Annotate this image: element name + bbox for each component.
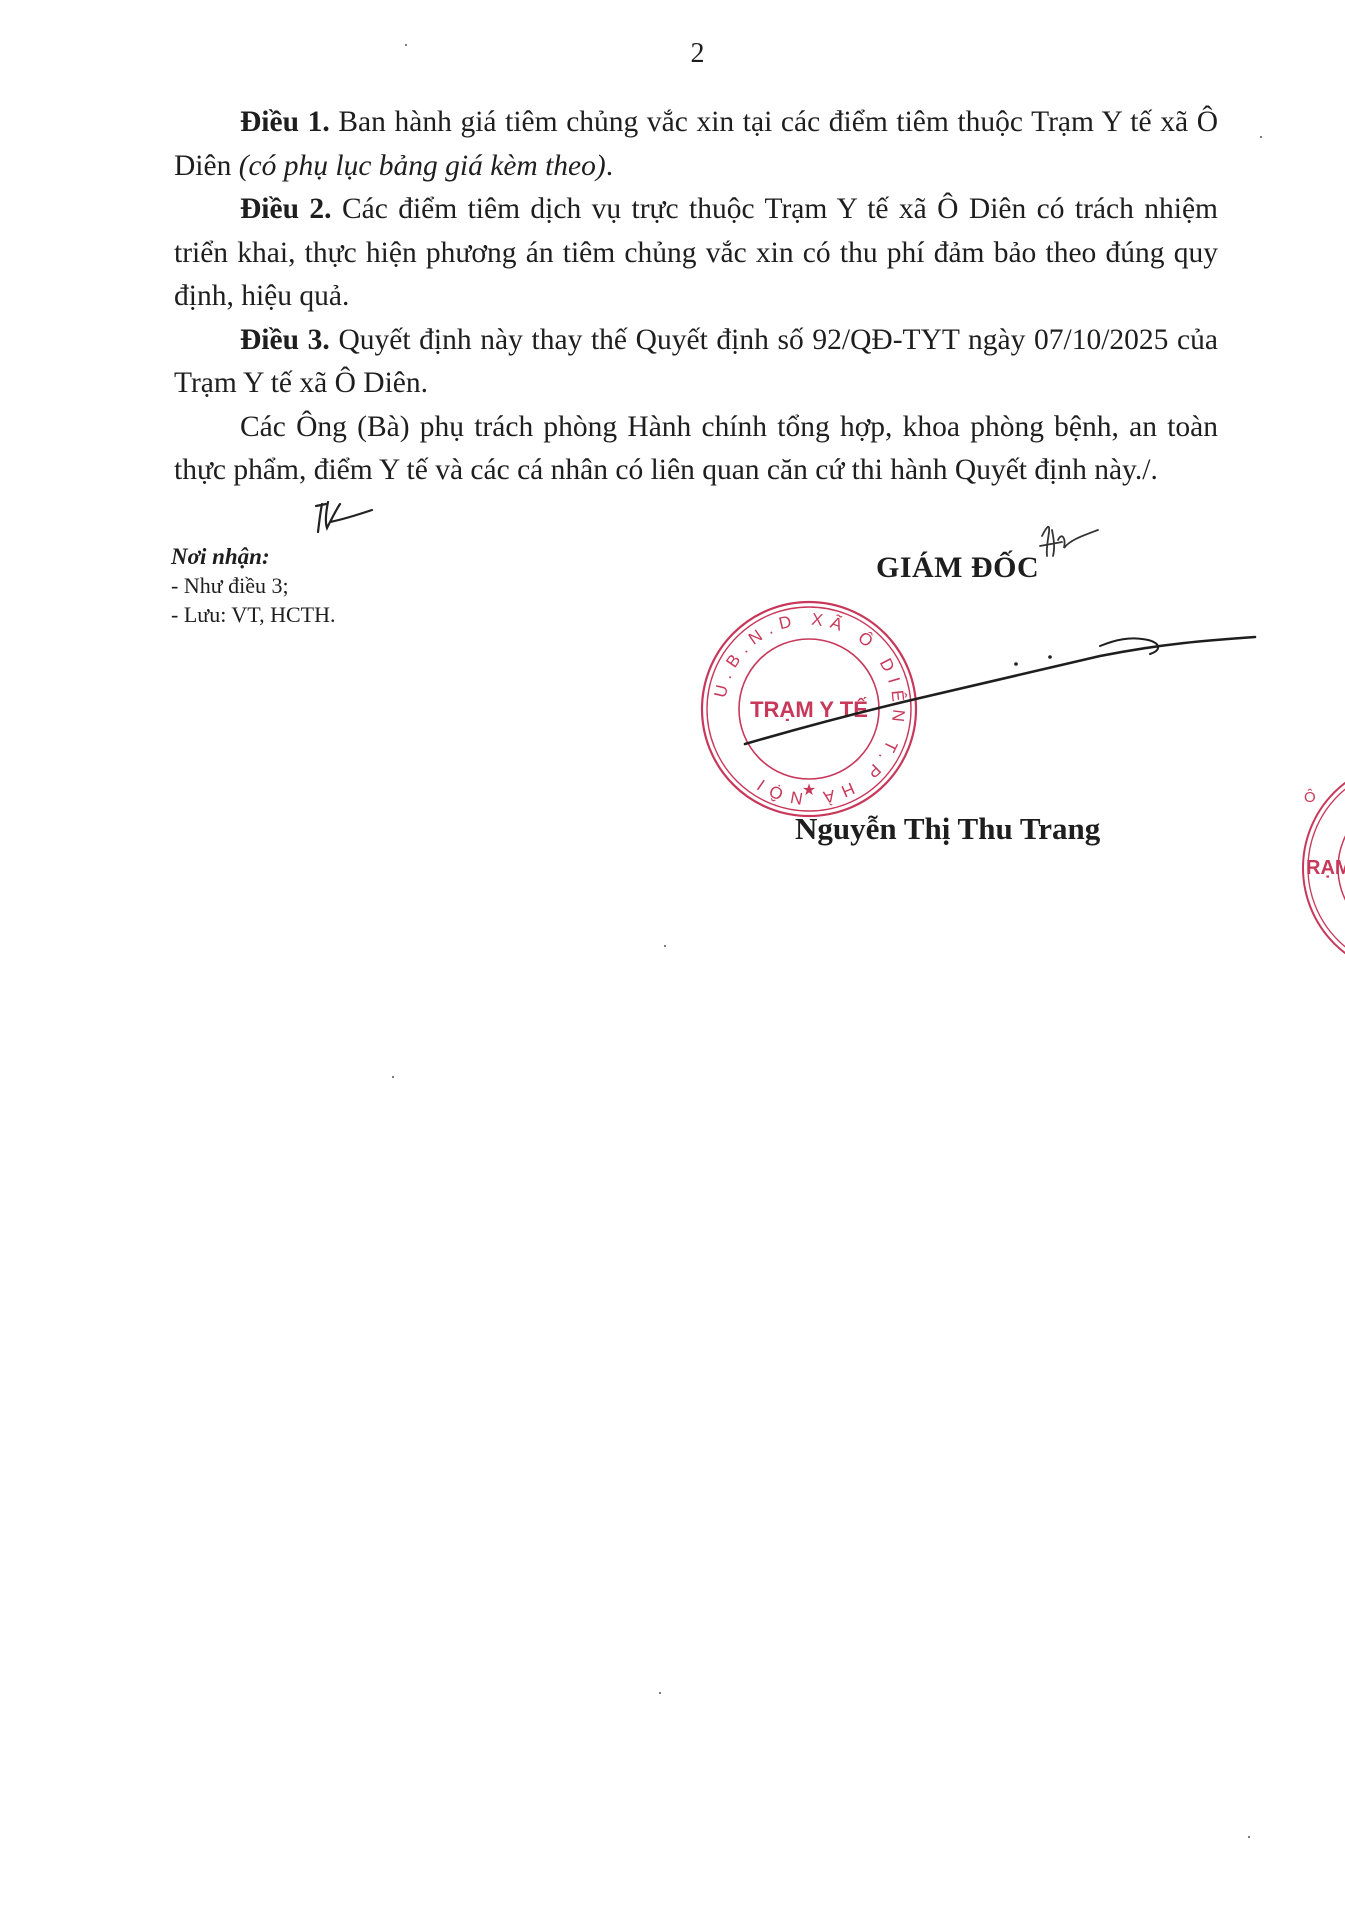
- article-2-text: Các điểm tiêm dịch vụ trực thuộc Trạm Y …: [174, 193, 1218, 312]
- signer-name: Nguyễn Thị Thu Trang: [795, 811, 1100, 847]
- article-2-label: Điều 2.: [240, 193, 332, 225]
- article-1-note: (có phụ lục bảng giá kèm theo): [239, 150, 606, 182]
- scan-speck: [659, 1692, 661, 1694]
- stamp-star-icon: ★: [802, 782, 816, 799]
- article-1-label: Điều 1.: [240, 106, 330, 138]
- scan-speck: [405, 44, 407, 46]
- closing-paragraph: Các Ông (Bà) phụ trách phòng Hành chính …: [174, 406, 1218, 493]
- partial-stamp-ring-text: Ô: [1304, 789, 1316, 806]
- page-number: 2: [0, 38, 1345, 70]
- stamp-center-text: TRẠM Y TẾ: [750, 697, 868, 722]
- article-3: Điều 3. Quyết định này thay thế Quyết đị…: [174, 319, 1218, 406]
- recipient-item: - Lưu: VT, HCTH.: [171, 600, 335, 629]
- official-stamp-icon: U.B.N.D XÃ Ô DIÊN T.P HÀ NỘI TRẠM Y TẾ ★: [698, 598, 920, 820]
- initials-mark-icon: [310, 488, 380, 538]
- article-2: Điều 2. Các điểm tiêm dịch vụ trực thuộc…: [174, 188, 1218, 319]
- partial-stamp-center-text: RẠM: [1306, 857, 1345, 879]
- article-1: Điều 1. Ban hành giá tiêm chủng vắc xin …: [174, 101, 1218, 188]
- partial-stamp-icon: Ô RẠM: [1298, 758, 1345, 978]
- scan-speck: [664, 945, 666, 947]
- scan-speck: [1260, 136, 1262, 138]
- scan-speck: [1248, 1836, 1250, 1838]
- scan-speck: [392, 1076, 394, 1078]
- recipient-item: - Như điều 3;: [171, 571, 335, 600]
- recipients-title: Nơi nhận:: [171, 542, 335, 571]
- article-1-tail: .: [606, 150, 613, 182]
- article-3-text: Quyết định này thay thế Quyết định số 92…: [174, 324, 1218, 400]
- recipients-block: Nơi nhận: - Như điều 3; - Lưu: VT, HCTH.: [171, 542, 335, 629]
- article-3-label: Điều 3.: [240, 324, 330, 356]
- decision-body: Điều 1. Ban hành giá tiêm chủng vắc xin …: [174, 101, 1218, 493]
- signer-position: GIÁM ĐỐC: [876, 551, 1039, 585]
